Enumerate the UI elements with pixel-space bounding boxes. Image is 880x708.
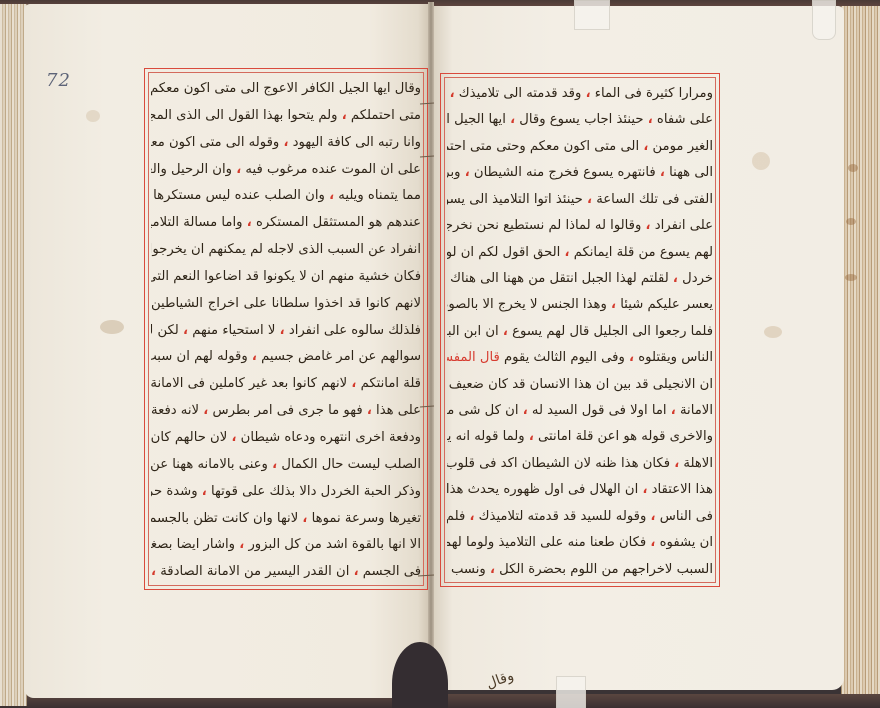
stain [845, 274, 857, 281]
manuscript-line: قلة امانتكم ، لانهم كانوا بعد غير كاملين… [151, 370, 421, 397]
stain [764, 326, 782, 338]
manuscript-line: الامانة ، اما اولا فى قول السيد له ، ان … [447, 397, 713, 423]
manuscript-line: ودفعة اخرى انتهره ودعاه شيطان ، لان حاله… [151, 424, 421, 451]
left-text-lines: وقال ايها الجيل الكافر الاعوج الى متى اك… [151, 75, 421, 585]
manuscript-line: السبب لاخراجهم من اللوم بحضرة الكل ، ونس… [447, 556, 713, 582]
right-fore-edge [841, 6, 880, 694]
manuscript-line: متى احتملكم ، ولم يتحوا بهذا القول الى ا… [151, 102, 421, 129]
manuscript-line: لانهم كانوا قد اخذوا سلطانا على اخراج ال… [151, 290, 421, 317]
manuscript-line: ومرارا كثيرة فى الماء ، وقد قدمته الى تل… [447, 80, 713, 106]
paper-slip [812, 0, 836, 40]
stain [752, 152, 770, 170]
manuscript-line: الى ههنا ، فانتهره يسوع فخرج منه الشيطان… [447, 159, 713, 185]
manuscript-line: وانا رتبه الى كافة اليهود ، وقوله الى مت… [151, 129, 421, 156]
stain [848, 164, 858, 172]
left-fore-edge [0, 4, 27, 706]
manuscript-line: وذكر الحبة الخردل دالا بذلك على قوتها ، … [151, 478, 421, 505]
manuscript-line: يعسر عليكم شيئا ، وهذا الجنس لا يخرج الا… [447, 291, 713, 317]
manuscript-line: والاخرى قوله هو اعن قلة امانتى ، ولما قو… [447, 423, 713, 449]
manuscript-line: الاهلة ، فكان هذا ظنه لان الشيطان اكد فى… [447, 450, 713, 476]
manuscript-line: وقال ايها الجيل الكافر الاعوج الى متى اك… [151, 75, 421, 102]
paper-slip [556, 676, 586, 708]
stain [100, 320, 124, 334]
stain [846, 218, 856, 225]
manuscript-line: مما يتمناه ويليه ، وان الصلب عنده ليس مس… [151, 182, 421, 209]
manuscript-line: سوالهم عن امر غامض جسيم ، وقوله لهم ان س… [151, 343, 421, 370]
right-text-lines: ومرارا كثيرة فى الماء ، وقد قدمته الى تل… [447, 80, 713, 582]
manuscript-line: فكان خشية منهم ان لا يكونوا قد اضاعوا ال… [151, 263, 421, 290]
manuscript-line: ان الانجيلى قد بين ان هذا الانسان قد كان… [447, 371, 713, 397]
manuscript-line: الفتى فى تلك الساعة ، حينئذ اتوا التلامي… [447, 186, 713, 212]
manuscript-line: على هذا ، فهو ما جرى فى امر بطرس ، لانه … [151, 397, 421, 424]
manuscript-line: فلما رجعوا الى الجليل قال لهم يسوع ، ان … [447, 318, 713, 344]
manuscript-line: عندهم هو المستثقل المستكره ، واما مسالة … [151, 209, 421, 236]
manuscript-line: على شفاه ، حينئذ اجاب يسوع وقال ، ايها ا… [447, 106, 713, 132]
manuscript-line: خردل ، لقلتم لهذا الجبل انتقل من ههنا ال… [447, 265, 713, 291]
manuscript-line: الغير مومن ، الى متى اكون معكم وحتى متى … [447, 133, 713, 159]
manuscript-line: هذا الاعتقاد ، ان الهلال فى اول ظهوره يح… [447, 476, 713, 502]
rubric-heading: قال المفسر [447, 350, 504, 365]
manuscript-line: فى الجسم ، ان القدر اليسير من الامانة ال… [151, 558, 421, 585]
stain [86, 110, 100, 122]
manuscript-line: انفراد عن السبب الذى لاجله لم يمكنهم ان … [151, 236, 421, 263]
left-text-block: وقال ايها الجيل الكافر الاعوج الى متى اك… [144, 68, 428, 590]
paper-slip [574, 0, 610, 30]
manuscript-line: الناس ويقتلوه ، وفى اليوم الثالث يقوم قا… [447, 344, 713, 370]
manuscript-line: لهم يسوع من قلة ايمانكم ، الحق اقول لكم … [447, 239, 713, 265]
gutter [428, 2, 434, 682]
manuscript-line: على انفراد ، وقالوا له لماذا لم نستطيع ن… [447, 212, 713, 238]
manuscript-line: على ان الموت عنده مرغوب فيه ، وان الرحيل… [151, 156, 421, 183]
manuscript-line: تغيرها وسرعة نموها ، لانها وان كانت تظن … [151, 505, 421, 532]
manuscript-line: ان يشفوه ، فكان طعنا منه على التلاميذ ول… [447, 529, 713, 555]
folio-number: 72 [46, 70, 71, 91]
right-text-block: ومرارا كثيرة فى الماء ، وقد قدمته الى تل… [440, 73, 720, 587]
manuscript-line: الا انها بالقوة اشد من كل البزور ، واشار… [151, 531, 421, 558]
manuscript-line: فلذلك سالوه على انفراد ، لا استحياء منهم… [151, 317, 421, 344]
manuscript-line: فى الناس ، وقوله للسيد قد قدمته لتلاميذك… [447, 503, 713, 529]
manuscript-line: الصلب ليست حال الكمال ، وعنى بالامانه هه… [151, 451, 421, 478]
